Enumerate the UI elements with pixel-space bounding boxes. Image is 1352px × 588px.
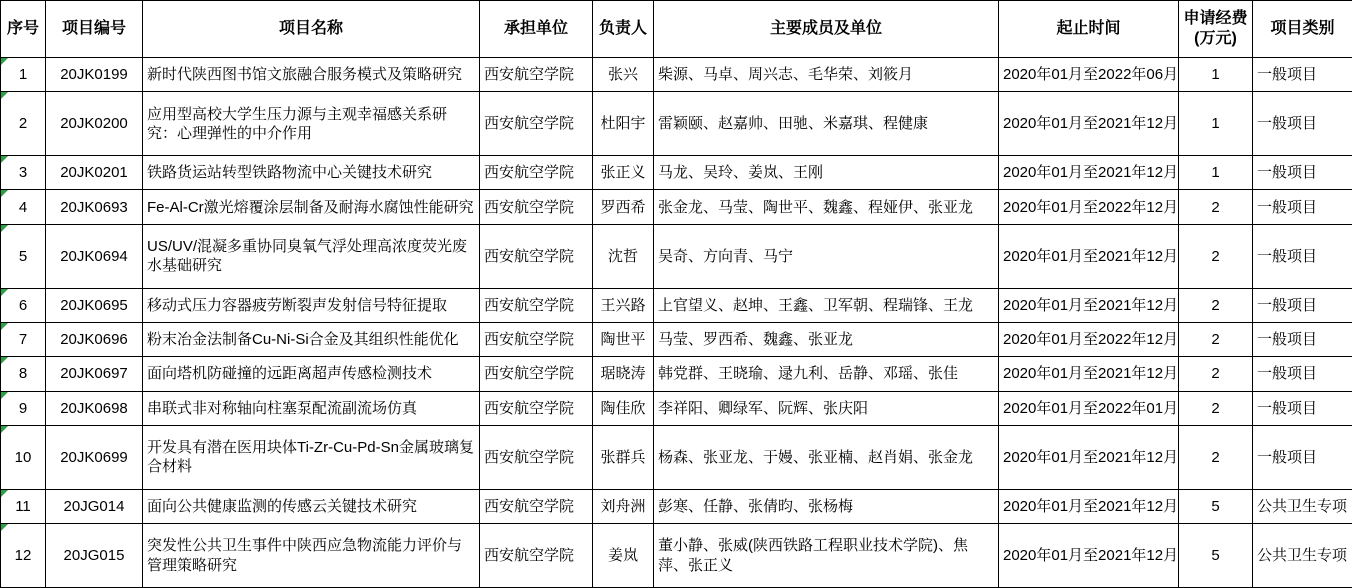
cell-error-triangle-icon [1,392,8,399]
cell-duration[interactable]: 2020年01月至2021年12月 [999,425,1179,489]
cell-category[interactable]: 一般项目 [1253,357,1352,391]
cell-undertaking-unit[interactable]: 西安航空学院 [480,288,593,322]
cell-leader[interactable]: 陶世平 [593,322,654,356]
cell-undertaking-unit[interactable]: 西安航空学院 [480,156,593,190]
table-row: 320JK0201铁路货运站转型铁路物流中心关键技术研究西安航空学院张正义马龙、… [1,156,1352,190]
cell-index[interactable]: 4 [1,190,46,224]
cell-members[interactable]: 上官望义、赵坤、王鑫、卫军朝、程瑞锋、王龙 [654,288,999,322]
cell-project-id[interactable]: 20JK0696 [46,322,143,356]
cell-project-name[interactable]: US/UV/混凝多重协同臭氧气浮处理高浓度荧光废水基础研究 [143,224,480,288]
cell-index[interactable]: 3 [1,156,46,190]
cell-category[interactable]: 公共卫生专项 [1253,489,1352,523]
cell-text: 6 [19,297,27,314]
cell-text: 5 [19,248,27,265]
cell-error-triangle-icon [1,490,8,497]
cell-index[interactable]: 12 [1,524,46,588]
cell-text: 2 [19,115,27,132]
cell-error-triangle-icon [1,156,8,163]
cell-members[interactable]: 柴源、马卓、周兴志、毛华荣、刘筱月 [654,58,999,92]
header-project-name[interactable]: 项目名称 [143,1,480,58]
cell-leader[interactable]: 张兴 [593,58,654,92]
table-row: 920JK0698串联式非对称轴向柱塞泵配流副流场仿真西安航空学院陶佳欣李祥阳、… [1,391,1352,425]
cell-duration[interactable]: 2020年01月至2021年12月 [999,156,1179,190]
cell-index[interactable]: 10 [1,425,46,489]
table-row: 620JK0695移动式压力容器疲劳断裂声发射信号特征提取西安航空学院王兴路上官… [1,288,1352,322]
cell-leader[interactable]: 姜岚 [593,524,654,588]
cell-leader[interactable]: 罗西希 [593,190,654,224]
cell-index[interactable]: 6 [1,288,46,322]
cell-undertaking-unit[interactable]: 西安航空学院 [480,524,593,588]
header-funding[interactable]: 申请经费(万元) [1179,1,1253,58]
cell-undertaking-unit[interactable]: 西安航空学院 [480,391,593,425]
cell-members[interactable]: 马龙、吴玲、姜岚、王刚 [654,156,999,190]
cell-duration[interactable]: 2020年01月至2021年12月 [999,224,1179,288]
cell-category[interactable]: 一般项目 [1253,58,1352,92]
header-duration[interactable]: 起止时间 [999,1,1179,58]
cell-project-id[interactable]: 20JK0698 [46,391,143,425]
cell-duration[interactable]: 2020年01月至2021年12月 [999,357,1179,391]
cell-duration[interactable]: 2020年01月至2021年12月 [999,288,1179,322]
cell-funding[interactable]: 2 [1179,288,1253,322]
cell-project-name[interactable]: 新时代陕西图书馆文旅融合服务模式及策略研究 [143,58,480,92]
header-members[interactable]: 主要成员及单位 [654,1,999,58]
table-row: 1220JG015突发性公共卫生事件中陕西应急物流能力评价与管理策略研究西安航空… [1,524,1352,588]
header-project-id[interactable]: 项目编号 [46,1,143,58]
cell-leader[interactable]: 沈哲 [593,224,654,288]
cell-project-id[interactable]: 20JG014 [46,489,143,523]
cell-undertaking-unit[interactable]: 西安航空学院 [480,425,593,489]
cell-funding[interactable]: 5 [1179,489,1253,523]
cell-text: 9 [19,400,27,417]
cell-undertaking-unit[interactable]: 西安航空学院 [480,489,593,523]
cell-project-id[interactable]: 20JG015 [46,524,143,588]
cell-members[interactable]: 李祥阳、卿绿军、阮辉、张庆阳 [654,391,999,425]
cell-project-id[interactable]: 20JK0699 [46,425,143,489]
cell-funding[interactable]: 1 [1179,92,1253,156]
cell-index[interactable]: 1 [1,58,46,92]
projects-table: 序号项目编号项目名称承担单位负责人主要成员及单位起止时间申请经费(万元)项目类别… [0,0,1352,588]
cell-category[interactable]: 一般项目 [1253,322,1352,356]
cell-leader[interactable]: 张正义 [593,156,654,190]
cell-leader[interactable]: 刘舟洲 [593,489,654,523]
cell-error-triangle-icon [1,323,8,330]
table-row: 720JK0696粉末冶金法制备Cu-Ni-Si合金及其组织性能优化西安航空学院… [1,322,1352,356]
header-undertaking-unit[interactable]: 承担单位 [480,1,593,58]
cell-duration[interactable]: 2020年01月至2022年12月 [999,190,1179,224]
cell-project-name[interactable]: 面向塔机防碰撞的远距离超声传感检测技术 [143,357,480,391]
cell-text: 1 [19,66,27,83]
cell-funding[interactable]: 5 [1179,524,1253,588]
cell-leader[interactable]: 杜阳宇 [593,92,654,156]
header-index[interactable]: 序号 [1,1,46,58]
cell-project-name[interactable]: Fe-Al-Cr激光熔覆涂层制备及耐海水腐蚀性能研究 [143,190,480,224]
cell-duration[interactable]: 2020年01月至2022年12月 [999,322,1179,356]
cell-error-triangle-icon [1,58,8,65]
cell-category[interactable]: 一般项目 [1253,391,1352,425]
cell-duration[interactable]: 2020年01月至2022年06月 [999,58,1179,92]
cell-text: 8 [19,365,27,382]
cell-project-name[interactable]: 开发具有潜在医用块体Ti-Zr-Cu-Pd-Sn金属玻璃复合材料 [143,425,480,489]
cell-project-name[interactable]: 应用型高校大学生压力源与主观幸福感关系研究：心理弹性的中介作用 [143,92,480,156]
cell-error-triangle-icon [1,190,8,197]
cell-text: 10 [15,449,32,466]
cell-error-triangle-icon [1,92,8,99]
cell-project-name[interactable]: 面向公共健康监测的传感云关键技术研究 [143,489,480,523]
cell-funding[interactable]: 2 [1179,425,1253,489]
cell-category[interactable]: 一般项目 [1253,224,1352,288]
cell-error-triangle-icon [1,225,8,232]
cell-funding[interactable]: 1 [1179,58,1253,92]
cell-members[interactable]: 彭寒、任静、张倩昀、张杨梅 [654,489,999,523]
cell-category[interactable]: 一般项目 [1253,92,1352,156]
cell-category[interactable]: 公共卫生专项 [1253,524,1352,588]
cell-index[interactable]: 8 [1,357,46,391]
cell-index[interactable]: 9 [1,391,46,425]
cell-category[interactable]: 一般项目 [1253,288,1352,322]
cell-category[interactable]: 一般项目 [1253,425,1352,489]
table-row: 420JK0693Fe-Al-Cr激光熔覆涂层制备及耐海水腐蚀性能研究西安航空学… [1,190,1352,224]
cell-funding[interactable]: 2 [1179,357,1253,391]
cell-index[interactable]: 2 [1,92,46,156]
cell-category[interactable]: 一般项目 [1253,156,1352,190]
cell-members[interactable]: 杨森、张亚龙、于嫚、张亚楠、赵肖娟、张金龙 [654,425,999,489]
cell-project-id[interactable]: 20JK0697 [46,357,143,391]
table-row: 120JK0199新时代陕西图书馆文旅融合服务模式及策略研究西安航空学院张兴柴源… [1,58,1352,92]
table-row: 520JK0694US/UV/混凝多重协同臭氧气浮处理高浓度荧光废水基础研究西安… [1,224,1352,288]
cell-project-name[interactable]: 移动式压力容器疲劳断裂声发射信号特征提取 [143,288,480,322]
cell-index[interactable]: 11 [1,489,46,523]
cell-duration[interactable]: 2020年01月至2021年12月 [999,92,1179,156]
header-leader[interactable]: 负责人 [593,1,654,58]
header-row: 序号项目编号项目名称承担单位负责人主要成员及单位起止时间申请经费(万元)项目类别 [1,1,1352,58]
table-row: 820JK0697面向塔机防碰撞的远距离超声传感检测技术西安航空学院琚晓涛韩党群… [1,357,1352,391]
cell-members[interactable]: 张金龙、马莹、陶世平、魏鑫、程娅伊、张亚龙 [654,190,999,224]
cell-members[interactable]: 雷颖颐、赵嘉帅、田驰、米嘉琪、程健康 [654,92,999,156]
cell-undertaking-unit[interactable]: 西安航空学院 [480,58,593,92]
table-row: 1020JK0699开发具有潜在医用块体Ti-Zr-Cu-Pd-Sn金属玻璃复合… [1,425,1352,489]
cell-undertaking-unit[interactable]: 西安航空学院 [480,190,593,224]
cell-funding[interactable]: 2 [1179,190,1253,224]
cell-text: 3 [19,164,27,181]
cell-text: 4 [19,199,27,216]
cell-project-name[interactable]: 粉末冶金法制备Cu-Ni-Si合金及其组织性能优化 [143,322,480,356]
cell-category[interactable]: 一般项目 [1253,190,1352,224]
table-row: 1120JG014面向公共健康监测的传感云关键技术研究西安航空学院刘舟洲彭寒、任… [1,489,1352,523]
cell-project-id[interactable]: 20JK0200 [46,92,143,156]
cell-project-id[interactable]: 20JK0199 [46,58,143,92]
cell-members[interactable]: 董小静、张威(陕西铁路工程职业技术学院)、焦萍、张正义 [654,524,999,588]
cell-text: 7 [19,331,27,348]
cell-undertaking-unit[interactable]: 西安航空学院 [480,224,593,288]
header-category[interactable]: 项目类别 [1253,1,1352,58]
cell-project-id[interactable]: 20JK0694 [46,224,143,288]
cell-text: 12 [15,547,32,564]
cell-index[interactable]: 5 [1,224,46,288]
cell-undertaking-unit[interactable]: 西安航空学院 [480,322,593,356]
cell-error-triangle-icon [1,426,8,433]
table-row: 220JK0200应用型高校大学生压力源与主观幸福感关系研究：心理弹性的中介作用… [1,92,1352,156]
cell-funding[interactable]: 2 [1179,391,1253,425]
cell-duration[interactable]: 2020年01月至2021年12月 [999,524,1179,588]
cell-project-id[interactable]: 20JK0695 [46,288,143,322]
cell-leader[interactable]: 陶佳欣 [593,391,654,425]
cell-leader[interactable]: 琚晓涛 [593,357,654,391]
cell-undertaking-unit[interactable]: 西安航空学院 [480,357,593,391]
cell-leader[interactable]: 王兴路 [593,288,654,322]
cell-duration[interactable]: 2020年01月至2022年01月 [999,391,1179,425]
cell-funding[interactable]: 2 [1179,322,1253,356]
cell-undertaking-unit[interactable]: 西安航空学院 [480,92,593,156]
cell-project-name[interactable]: 铁路货运站转型铁路物流中心关键技术研究 [143,156,480,190]
cell-error-triangle-icon [1,289,8,296]
cell-text: 11 [15,498,31,515]
cell-project-id[interactable]: 20JK0201 [46,156,143,190]
cell-funding[interactable]: 2 [1179,224,1253,288]
cell-duration[interactable]: 2020年01月至2021年12月 [999,489,1179,523]
cell-members[interactable]: 吴奇、方向青、马宁 [654,224,999,288]
spreadsheet-area: 序号项目编号项目名称承担单位负责人主要成员及单位起止时间申请经费(万元)项目类别… [0,0,1352,588]
cell-members[interactable]: 马莹、罗西希、魏鑫、张亚龙 [654,322,999,356]
cell-leader[interactable]: 张群兵 [593,425,654,489]
cell-project-name[interactable]: 突发性公共卫生事件中陕西应急物流能力评价与管理策略研究 [143,524,480,588]
cell-members[interactable]: 韩党群、王晓瑜、逯九利、岳静、邓瑶、张佳 [654,357,999,391]
cell-error-triangle-icon [1,524,8,531]
cell-error-triangle-icon [1,357,8,364]
cell-index[interactable]: 7 [1,322,46,356]
cell-project-id[interactable]: 20JK0693 [46,190,143,224]
cell-funding[interactable]: 1 [1179,156,1253,190]
cell-project-name[interactable]: 串联式非对称轴向柱塞泵配流副流场仿真 [143,391,480,425]
